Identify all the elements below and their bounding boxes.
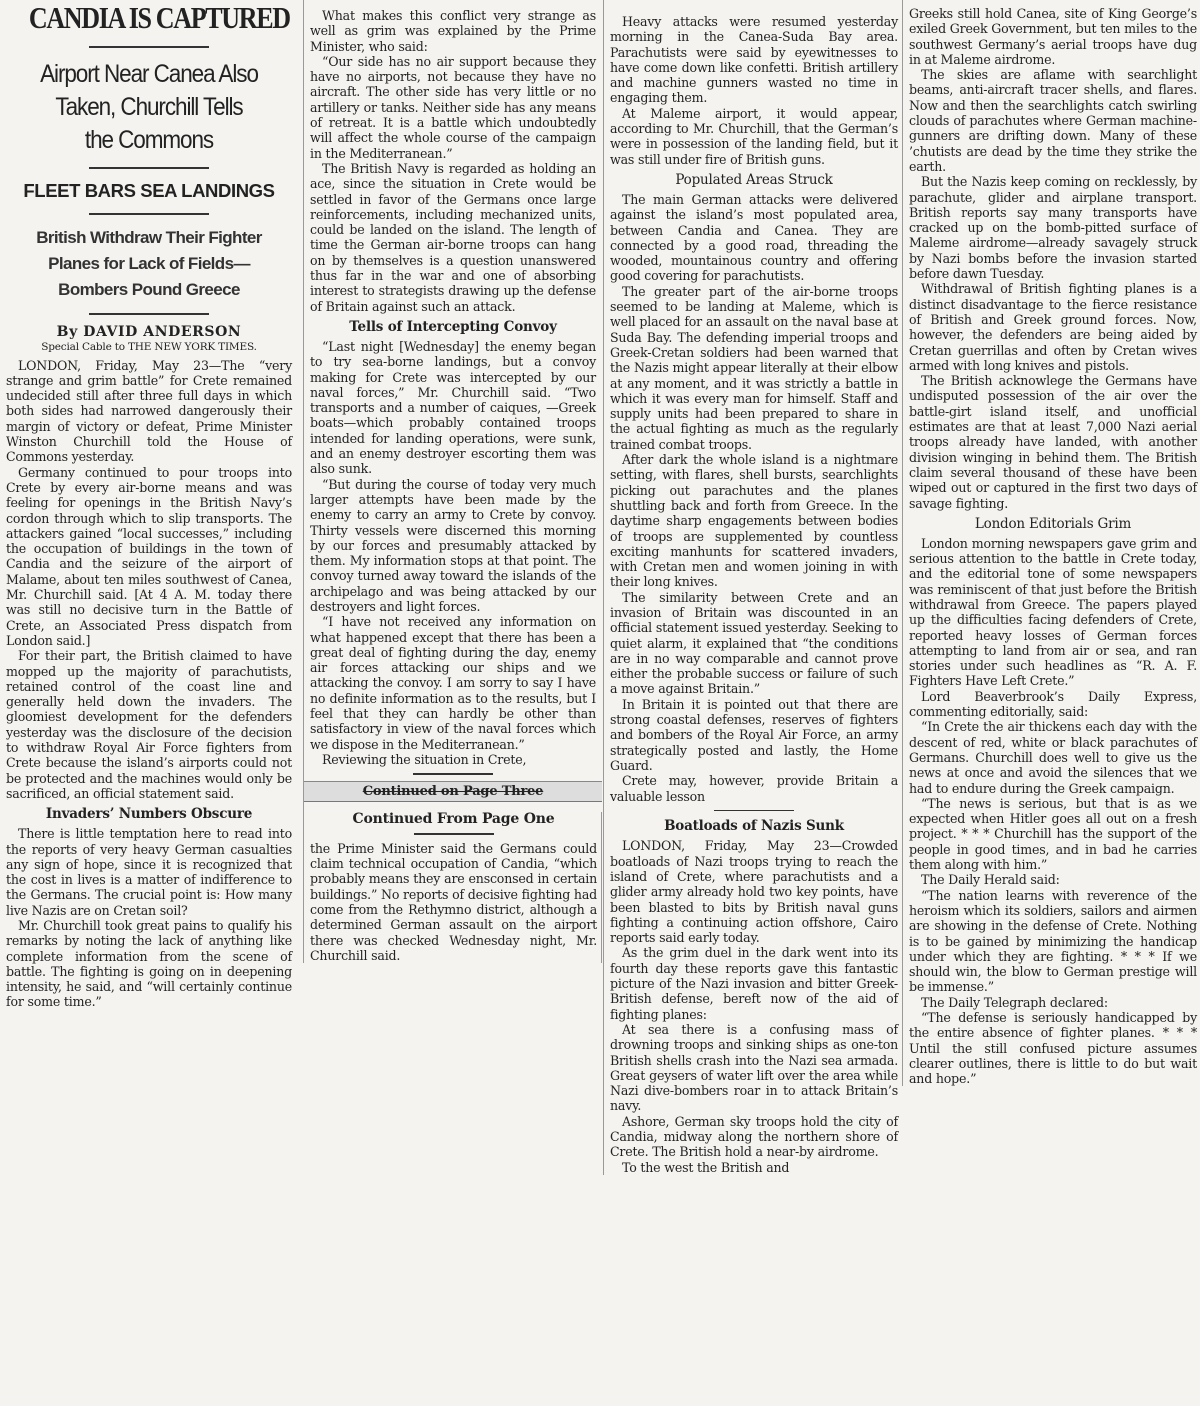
- rule: [413, 773, 493, 775]
- paragraph: Greeks still hold Canea, site of King Ge…: [909, 6, 1197, 67]
- paragraph: The British acknowlege the Germans have …: [909, 373, 1197, 511]
- paragraph: “But during the course of today very muc…: [310, 477, 596, 615]
- rule: [414, 833, 494, 835]
- paragraph: The greater part of the air-borne troops…: [610, 284, 898, 452]
- column-4: Greeks still hold Canea, site of King Ge…: [902, 0, 1197, 1086]
- paragraph: Mr. Churchill took great pains to qualif…: [6, 918, 292, 1010]
- deck-1: Airport Near Canea Also Taken, Churchill…: [20, 58, 277, 157]
- paragraph: The Daily Herald said:: [909, 872, 1197, 887]
- paragraph: The Daily Telegraph declared:: [909, 995, 1197, 1010]
- newspaper-clipping: CANDIA IS CAPTURED Airport Near Canea Al…: [0, 0, 1200, 1406]
- rule: [714, 810, 794, 812]
- paragraph: “The defense is seriously handicapped by…: [909, 1010, 1197, 1086]
- paragraph: “The news is serious, but that is as we …: [909, 796, 1197, 872]
- paragraph: LONDON, Friday, May 23—Crowded boatloads…: [610, 838, 898, 945]
- paragraph: The British Navy is regarded as holding …: [310, 161, 596, 314]
- subhead: London Editorials Grim: [909, 515, 1197, 534]
- byline: By DAVID ANDERSON: [6, 325, 292, 340]
- paragraph: In Britain it is pointed out that there …: [610, 697, 898, 773]
- paragraph: As the grim duel in the dark went into i…: [610, 945, 898, 1021]
- paragraph: What makes this conflict very strange as…: [310, 8, 596, 54]
- paragraph: “In Crete the air thickens each day with…: [909, 719, 1197, 795]
- headline-rule: [89, 167, 209, 169]
- headline-rule: [89, 46, 209, 48]
- subhead: Tells of Intercepting Convoy: [310, 318, 596, 337]
- paragraph: To the west the British and: [610, 1160, 898, 1175]
- paragraph: “Our side has no air support because the…: [310, 54, 596, 161]
- column-2: What makes this conflict very strange as…: [303, 0, 596, 963]
- paragraph: There is little temptation here to read …: [6, 826, 292, 918]
- deck-3: British Withdraw Their Fighter Planes fo…: [6, 225, 292, 303]
- paragraph: “The nation learns with reverence of the…: [909, 888, 1197, 995]
- main-headline: CANDIA IS CAPTURED: [29, 0, 269, 36]
- deck-2: FLEET BARS SEA LANDINGS: [6, 179, 292, 203]
- cable-credit: Special Cable to THE NEW YORK TIMES.: [6, 340, 292, 355]
- paragraph: The skies are aflame with searchlight be…: [909, 67, 1197, 174]
- paragraph: At sea there is a confusing mass of drow…: [610, 1022, 898, 1114]
- paragraph: “I have not received any information on …: [310, 614, 596, 752]
- column-1: CANDIA IS CAPTURED Airport Near Canea Al…: [6, 0, 292, 1010]
- paragraph: Germany continued to pour troops into Cr…: [6, 465, 292, 649]
- headline-rule: [89, 313, 209, 315]
- paragraph: the Prime Minister said the Germans coul…: [310, 841, 597, 963]
- paragraph: The similarity between Crete and an inva…: [610, 590, 898, 697]
- continued-on-label: Continued on Page Three: [304, 781, 602, 802]
- paragraph: London morning newspapers gave grim and …: [909, 536, 1197, 689]
- paragraph: At Maleme airport, it would appear, acco…: [610, 106, 898, 167]
- continuation-block: Continued From Page One the Prime Minist…: [310, 812, 602, 963]
- subhead: Boatloads of Nazis Sunk: [610, 817, 898, 836]
- paragraph: Ashore, German sky troops hold the city …: [610, 1114, 898, 1160]
- paragraph: But the Nazis keep coming on recklessly,…: [909, 174, 1197, 281]
- subhead: Populated Areas Struck: [610, 171, 898, 190]
- paragraph: Heavy attacks were resumed yesterday mor…: [610, 14, 898, 106]
- paragraph: Withdrawal of British fighting planes is…: [909, 281, 1197, 373]
- continued-from-label: Continued From Page One: [310, 812, 597, 827]
- paragraph: Lord Beaverbrook’s Daily Express, commen…: [909, 689, 1197, 720]
- paragraph: “Last night [Wednesday] the enemy began …: [310, 339, 596, 477]
- paragraph: For their part, the British claimed to h…: [6, 648, 292, 801]
- paragraph: After dark the whole island is a nightma…: [610, 452, 898, 590]
- paragraph: LONDON, Friday, May 23—The “very strange…: [6, 358, 292, 465]
- paragraph: The main German attacks were delivered a…: [610, 192, 898, 284]
- column-3: Heavy attacks were resumed yesterday mor…: [603, 0, 898, 1175]
- headline-rule: [89, 213, 209, 215]
- paragraph: Reviewing the situation in Crete,: [310, 752, 596, 767]
- subhead: Invaders’ Numbers Obscure: [6, 805, 292, 824]
- paragraph: Crete may, however, provide Britain a va…: [610, 773, 898, 804]
